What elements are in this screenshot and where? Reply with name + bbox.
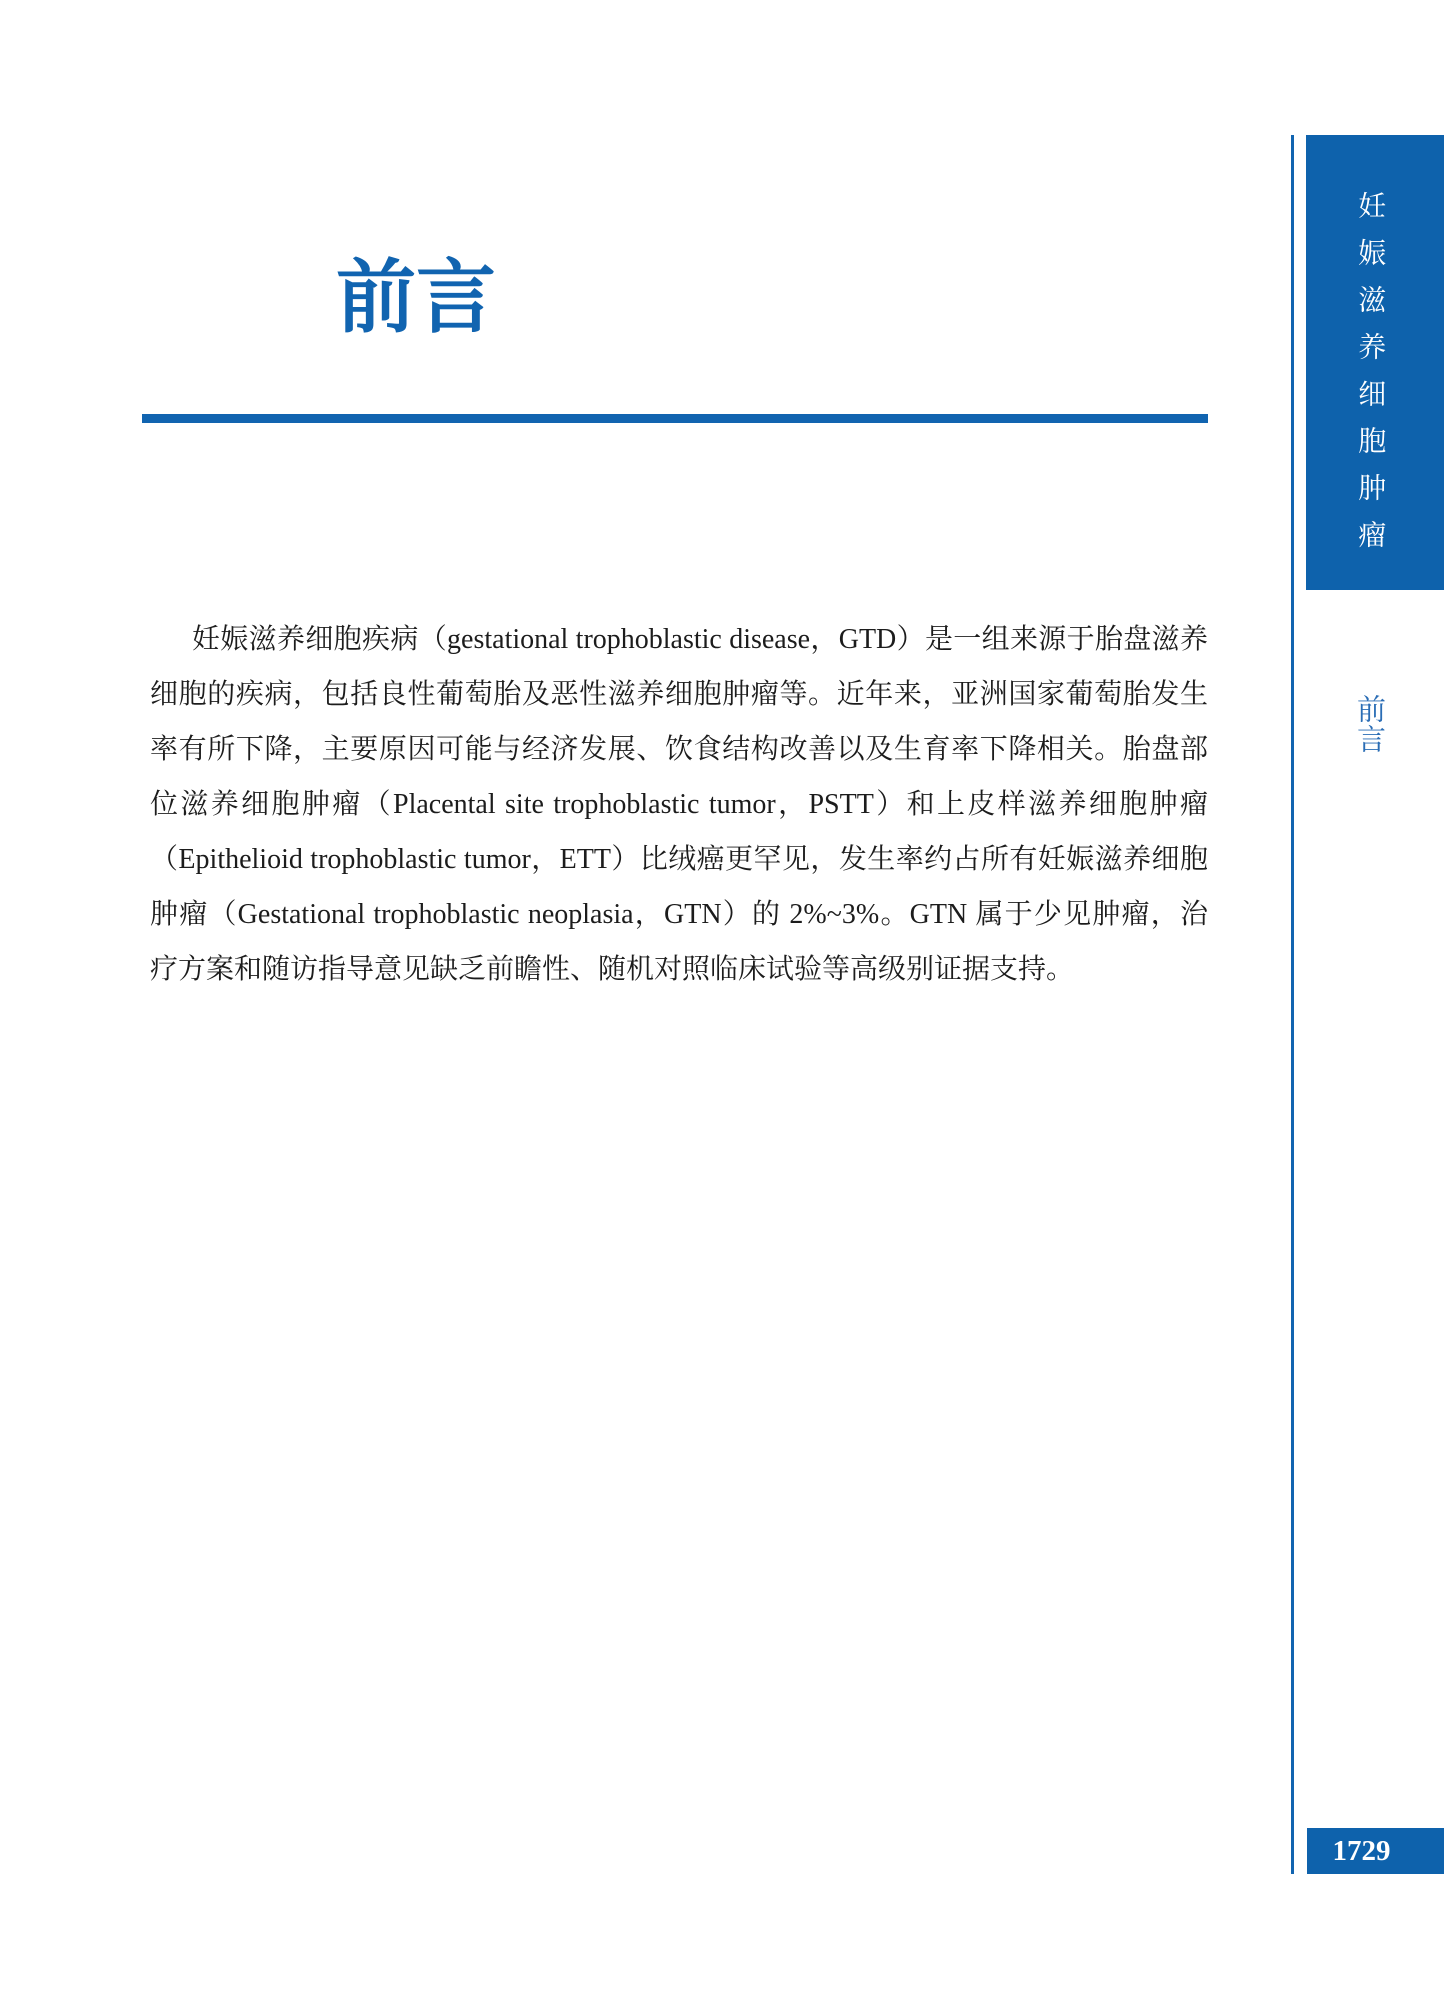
sidebar-vertical-rule bbox=[1291, 135, 1294, 1874]
document-page: 前言 妊娠滋养细胞疾病（gestational trophoblastic di… bbox=[0, 0, 1444, 2010]
page-title: 前言 bbox=[336, 258, 496, 338]
sidebar-section-label: 前言 bbox=[1349, 694, 1390, 754]
body-paragraph: 妊娠滋养细胞疾病（gestational trophoblastic disea… bbox=[150, 612, 1208, 997]
title-divider-rule bbox=[142, 414, 1208, 423]
sidebar-chapter-tab-label: 妊娠滋养细胞肿瘤 bbox=[1350, 191, 1390, 567]
page-number-badge: 1729 bbox=[1307, 1828, 1444, 1874]
sidebar-chapter-tab: 妊娠滋养细胞肿瘤 bbox=[1306, 135, 1444, 590]
